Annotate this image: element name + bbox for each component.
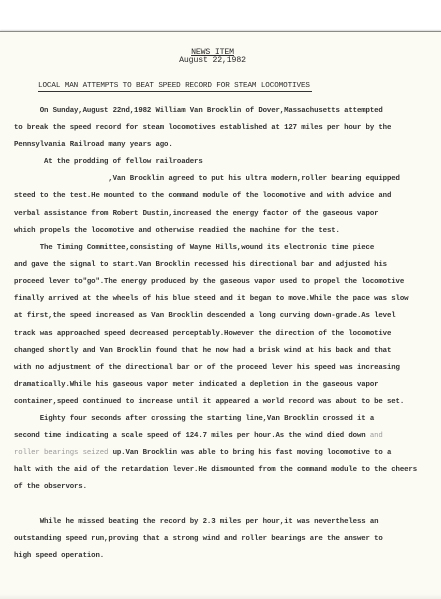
- body-line-text: second time indicating a scale speed of …: [14, 432, 366, 440]
- page-bottom-edge: [0, 594, 441, 599]
- body-line: with no adjustment of the directional ba…: [14, 364, 400, 373]
- body-line: second time indicating a scale speed of …: [14, 432, 383, 441]
- body-line: container,speed continued to increase un…: [14, 398, 404, 407]
- body-line: which propels the locomotive and otherwi…: [14, 227, 340, 236]
- body-line: proceed lever to"go".The energy produced…: [14, 278, 404, 287]
- body-line: verbal assistance from Robert Dustin,inc…: [14, 210, 378, 219]
- body-line: While he missed beating the record by 2.…: [14, 518, 378, 527]
- body-line: halt with the aid of the retardation lev…: [14, 466, 417, 475]
- body-line-text: up.Van Brocklin was able to bring his fa…: [113, 449, 392, 457]
- body-line: Eighty four seconds after crossing the s…: [14, 415, 374, 424]
- body-line: of the observors.: [14, 483, 87, 492]
- body-line: roller bearings seized up.Van Brocklin w…: [14, 449, 391, 458]
- body-line: and gave the signal to start.Van Brockli…: [14, 261, 387, 270]
- body-line: track was approached speed decreased per…: [14, 330, 391, 339]
- body-line: changed shortly and Van Brocklin found t…: [14, 347, 391, 356]
- body-line: outstanding speed run,proving that a str…: [14, 535, 383, 544]
- body-line: On Sunday,August 22nd,1982 William Van B…: [14, 107, 383, 116]
- document-date: August 22,1982: [0, 56, 433, 65]
- body-line: high speed operation.: [14, 552, 104, 561]
- headline: LOCAL MAN ATTEMPTS TO BEAT SPEED RECORD …: [38, 82, 312, 92]
- body-line: at first,the speed increased as Van Broc…: [14, 312, 396, 321]
- body-line: Pennsylvania Railroad many years ago.: [14, 141, 173, 150]
- body-line: ,Van Brocklin agreed to put his ultra mo…: [14, 175, 400, 184]
- body-line: The Timing Committee,consisting of Wayne…: [14, 244, 374, 253]
- faded-text: roller bearings seized: [14, 449, 113, 457]
- body-line: steed to the test.He mounted to the comm…: [14, 192, 391, 201]
- body-line: At the prodding of fellow railroaders: [14, 158, 203, 167]
- faded-text: and: [366, 432, 383, 440]
- body-line: dramatically.While his gaseous vapor met…: [14, 381, 378, 390]
- body-line: finally arrived at the wheels of his blu…: [14, 295, 408, 304]
- body-line: to break the speed record for steam loco…: [14, 124, 391, 133]
